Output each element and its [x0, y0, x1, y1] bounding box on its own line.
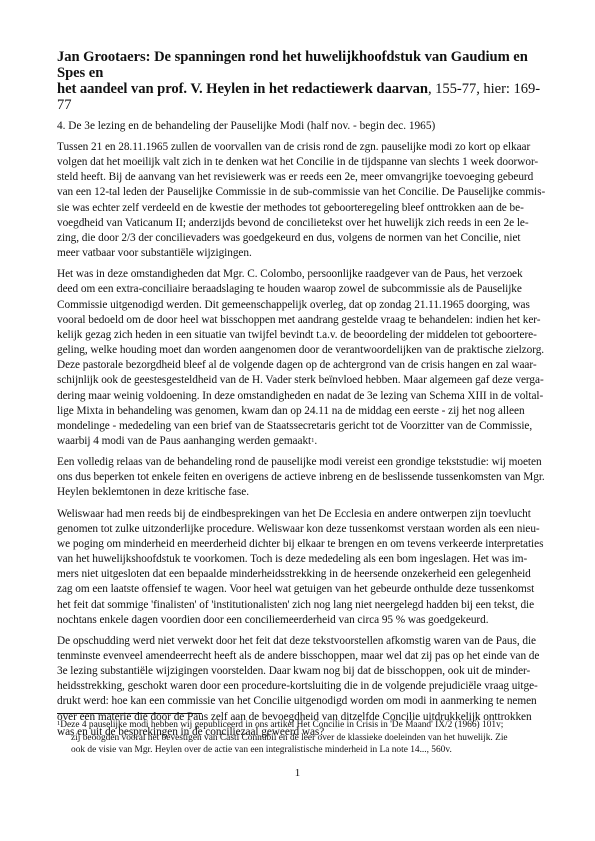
text-line: schijnlijk ook de geestesgesteldheid van…	[57, 373, 541, 388]
footnote-line: ook de visie van Mgr. Heylen over de act…	[57, 744, 557, 757]
text-line: Tussen 21 en 28.11.1965 zullen de voorva…	[57, 140, 541, 155]
footnote-separator	[57, 713, 202, 714]
text-line: steld heeft. Bij de aanvang van het revi…	[57, 170, 541, 185]
text-line: Heylen beklemtonen in deze kritische fas…	[57, 485, 541, 500]
text-line: dering maar weinig voldoening. In deze o…	[57, 389, 541, 404]
document-title: Jan Grootaers: De spanningen rond het hu…	[57, 49, 541, 113]
text-line: sie was echter zelf verdeeld en de kwest…	[57, 201, 541, 216]
paragraph: Weliswaar had men reeds bij de eindbespr…	[57, 507, 541, 628]
text-line: het feit dat sommige 'finalisten' of 'in…	[57, 598, 541, 613]
paragraph: Tussen 21 en 28.11.1965 zullen de voorva…	[57, 140, 541, 261]
text-line: Een volledig relaas van de behandeling r…	[57, 455, 541, 470]
text-line: vooral bedoeld om de door heel wat bissc…	[57, 313, 541, 328]
text-line: deed om een extra-conciliaire beraadslag…	[57, 282, 541, 297]
text-line: we poging om minderheid en meerderheid d…	[57, 537, 541, 552]
text-line: De opschudding werd niet verwekt door he…	[57, 634, 541, 649]
page-number: 1	[0, 767, 595, 779]
text-line: meer vatbaar voor substantiële wijziging…	[57, 246, 541, 261]
text-line: tenminste evenveel amendeerrecht heeft a…	[57, 649, 541, 664]
title-line-1: Jan Grootaers: De spanningen rond het hu…	[57, 49, 528, 81]
footnote-line: zij beoogden vooral het bevestigen van C…	[57, 732, 557, 745]
text-line: drukt werd: hoe kan een commissie van he…	[57, 694, 541, 709]
text-line: voegdheid van Vaticanum II; anderzijds b…	[57, 216, 541, 231]
text-line: 3e lezing substantiële wijzigingen voors…	[57, 664, 541, 679]
text-line: ons dus beperken tot enkele feiten en ov…	[57, 470, 541, 485]
text-line: van het huwelijkshoofdstuk te voorkomen.…	[57, 552, 541, 567]
footnote-reference[interactable]: 1	[311, 437, 314, 444]
footnote-line: 1Deze 4 pauselijke modi hebben wij gepub…	[57, 719, 557, 732]
text-line: kelijk gezag zich heden in een situatie …	[57, 328, 541, 343]
footnote: 1Deze 4 pauselijke modi hebben wij gepub…	[57, 719, 557, 757]
text-line: Commissie uitgenodigd werden. Dit gemeen…	[57, 298, 541, 313]
paragraph: Een volledig relaas van de behandeling r…	[57, 455, 541, 500]
text-line: Deze pastorale bezorgdheid bleef al de v…	[57, 358, 541, 373]
body-text: Tussen 21 en 28.11.1965 zullen de voorva…	[57, 140, 541, 740]
document-page: Jan Grootaers: De spanningen rond het hu…	[57, 49, 541, 746]
text-line: zag om een laatste offensief te wagen. V…	[57, 582, 541, 597]
text-line: genomen tot zulke uitzonderlijke procedu…	[57, 522, 541, 537]
section-heading: 4. De 3e lezing en de behandeling der Pa…	[57, 119, 541, 134]
text-line: geling, welke houding moet dan worden aa…	[57, 343, 541, 358]
text-line: heidsstrekking, geschokt waren door een …	[57, 679, 541, 694]
footnote-marker: 1	[57, 720, 60, 727]
text-line: waarbij 4 modi van de Paus aanhanging we…	[57, 434, 541, 449]
title-line-2: het aandeel van prof. V. Heylen in het r…	[57, 81, 428, 97]
text-line: nochtans enkele dagen voordien door een …	[57, 613, 541, 628]
text-line: mondelinge - mededeling van een brief va…	[57, 419, 541, 434]
text-line: van een 12-tal leden der Pauselijke Comm…	[57, 185, 541, 200]
text-line: lige Mixta in behandeling was genomen, k…	[57, 404, 541, 419]
text-line: zing, die door 2/3 der concilievaders wa…	[57, 231, 541, 246]
text-line: Het was in deze omstandigheden dat Mgr. …	[57, 267, 541, 282]
text-line: Weliswaar had men reeds bij de eindbespr…	[57, 507, 541, 522]
paragraph: Het was in deze omstandigheden dat Mgr. …	[57, 267, 541, 449]
text-line: mers niet uitgesloten dat een bepaalde m…	[57, 567, 541, 582]
text-line: volgen dat het moeilijk valt zich in te …	[57, 155, 541, 170]
